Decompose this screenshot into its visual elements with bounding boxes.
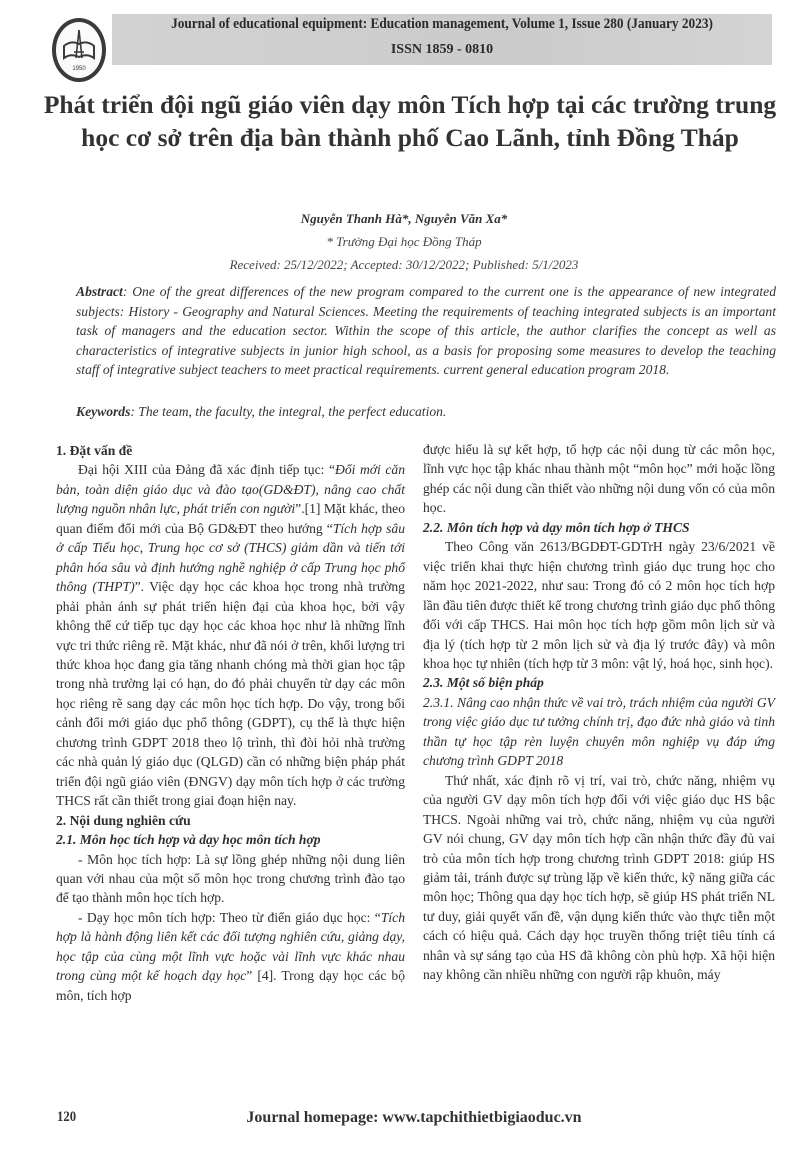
paragraph-continued: được hiểu là sự kết hợp, tổ hợp các nội … xyxy=(423,440,775,518)
subsection-heading-2-3-1: 2.3.1. Nâng cao nhận thức về vai trò, tr… xyxy=(423,693,775,771)
abstract-text: : One of the great differences of the ne… xyxy=(76,284,776,377)
paragraph-first-measure: Thứ nhất, xác định rõ vị trí, vai trò, c… xyxy=(423,771,775,985)
logo-year: 1950 xyxy=(72,66,86,72)
subsection-heading-2-2: 2.2. Môn tích hợp và dạy môn tích hợp ở … xyxy=(423,518,775,537)
journal-citation: Journal of educational equipment: Educat… xyxy=(135,16,749,33)
journal-homepage: Journal homepage: www.tapchithietbigiaod… xyxy=(0,1109,808,1127)
keywords: Keywords: The team, the faculty, the int… xyxy=(76,404,776,420)
affiliation: * Trường Đại học Đồng Tháp xyxy=(0,234,808,250)
paragraph-integrated-subject: - Môn học tích hợp: Là sự lồng ghép nhữn… xyxy=(56,850,405,908)
paragraph-integrated-teaching: - Dạy học môn tích hợp: Theo từ điển giá… xyxy=(56,908,405,1005)
section-heading-1: 1. Đặt vấn đề xyxy=(56,441,405,460)
keywords-text: : The team, the faculty, the integral, t… xyxy=(130,404,446,419)
article-title: Phát triển đội ngũ giáo viên dạy môn Tíc… xyxy=(40,88,780,154)
left-column: 1. Đặt vấn đề Đại hội XIII của Đảng đã x… xyxy=(56,441,405,1005)
keywords-label: Keywords xyxy=(76,404,130,419)
abstract-label: Abstract xyxy=(76,284,123,299)
journal-logo-icon: 1950 xyxy=(52,18,106,82)
paragraph-intro: Đại hội XIII của Đảng đã xác định tiếp t… xyxy=(56,460,405,810)
issn: ISSN 1859 - 0810 xyxy=(112,42,772,58)
right-column: được hiểu là sự kết hợp, tổ hợp các nội … xyxy=(423,440,775,985)
paragraph-official-letter: Theo Công văn 2613/BGDĐT-GDTrH ngày 23/6… xyxy=(423,537,775,673)
journal-header-band: Journal of educational equipment: Educat… xyxy=(112,14,772,65)
publication-dates: Received: 25/12/2022; Accepted: 30/12/20… xyxy=(0,257,808,273)
subsection-heading-2-1: 2.1. Môn học tích hợp và dạy học môn tíc… xyxy=(56,830,405,849)
subsection-heading-2-3: 2.3. Một số biện pháp xyxy=(423,673,775,692)
authors: Nguyễn Thanh Hà*, Nguyễn Văn Xa* xyxy=(0,211,808,227)
abstract: Abstract: One of the great differences o… xyxy=(76,282,776,380)
section-heading-2: 2. Nội dung nghiên cứu xyxy=(56,811,405,830)
